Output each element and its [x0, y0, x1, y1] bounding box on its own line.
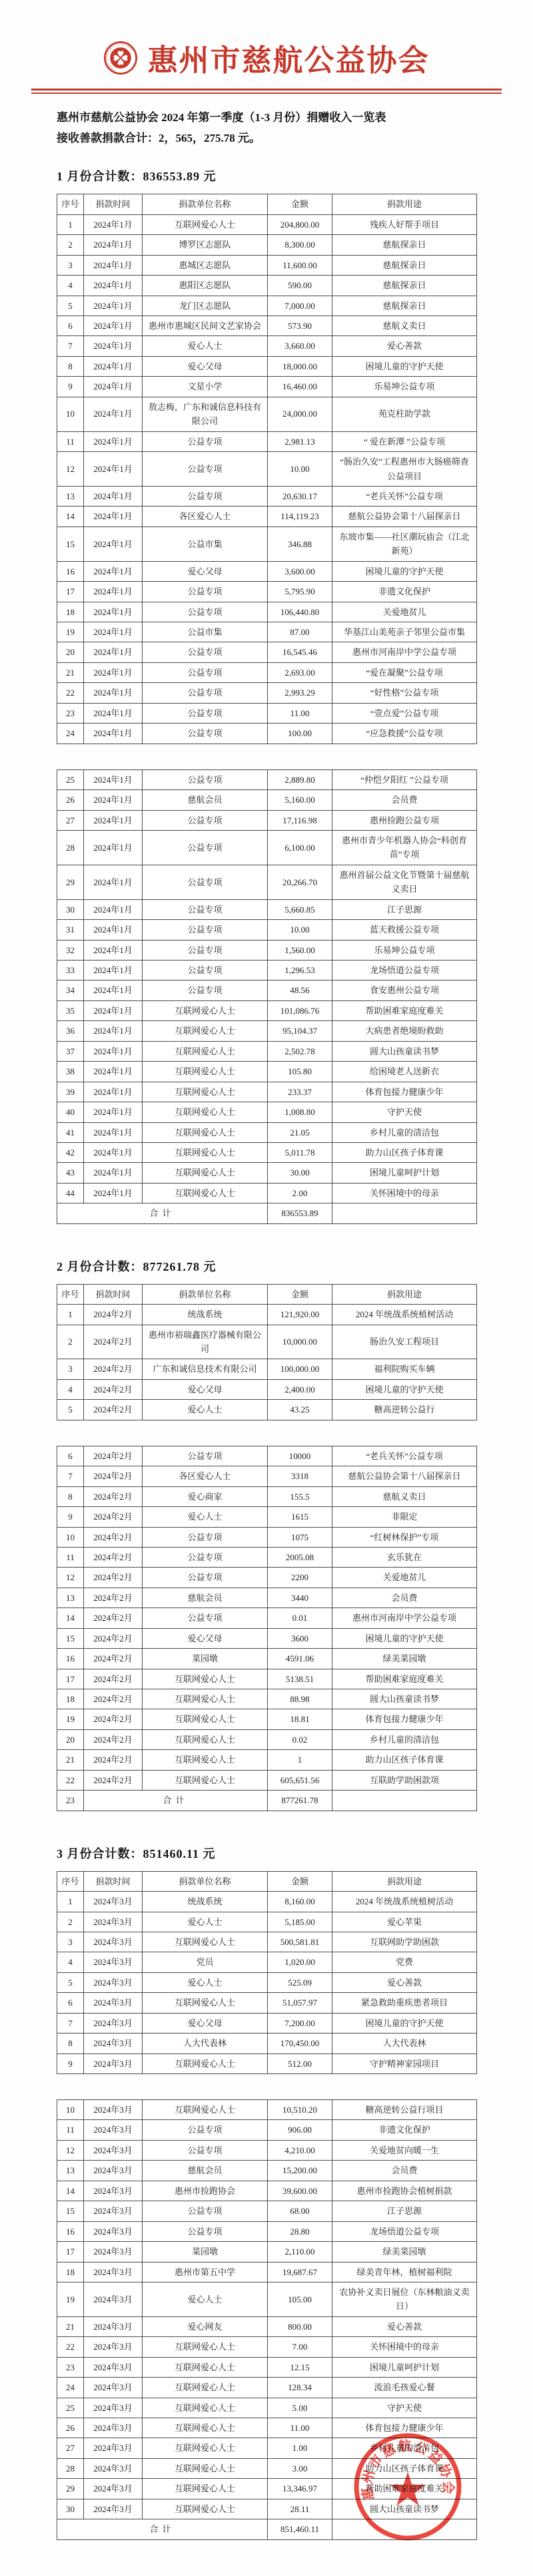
- cell-date: 2024年1月: [84, 486, 143, 506]
- cell-donor: 互联网爱心人士: [143, 1102, 268, 1122]
- cell-amount: 48.56: [268, 980, 332, 1000]
- cell-purpose: 食安惠州公益专项: [332, 980, 477, 1000]
- cell-donor: 爱心人士: [143, 336, 268, 356]
- cell-serial: 10: [57, 1527, 84, 1547]
- cell-serial: 4: [57, 276, 84, 296]
- cell-serial: 30: [57, 899, 84, 919]
- cell-date: 2024年3月: [84, 2161, 143, 2181]
- cell-purpose: 党费: [332, 1952, 477, 1972]
- table-row: 122024年2月公益专项2200关爱地贫儿: [57, 1568, 477, 1588]
- cell-date: 2024年1月: [84, 276, 143, 296]
- cell-serial: 25: [57, 2398, 84, 2418]
- association-logo-icon: CIHANG CHARITABLE ASSOCIATION 慈航公益: [103, 41, 138, 75]
- cell-amount: 5,795.90: [268, 582, 332, 602]
- cell-serial: 17: [57, 1669, 84, 1689]
- document-subtitle: 接收善款捐款合计：2，565，275.78 元。: [57, 129, 476, 147]
- table-row: 192024年2月互联网爱心人士18.81体育包接力健康少年: [57, 1709, 477, 1729]
- cell-date: 2024年1月: [84, 1062, 143, 1082]
- cell-amount: 24,000.00: [268, 397, 332, 431]
- cell-amount: 19,687.67: [268, 2262, 332, 2282]
- table-row: 282024年1月公益专项6,100.00惠州市青少年机器人协会“科创育苗”专项: [57, 830, 477, 865]
- cell-date: 2024年1月: [84, 683, 143, 703]
- cell-donor: 惠州市捡跑协会: [143, 2181, 268, 2201]
- cell-donor: 互联网爱心人士: [143, 2458, 268, 2478]
- cell-donor: 公益专项: [143, 940, 268, 960]
- table-row: 322024年1月公益专项1,560.00乐易坤公益专项: [57, 940, 477, 960]
- cell-purpose: 慈航探亲日: [332, 276, 477, 296]
- cell-serial: 3: [57, 1359, 84, 1379]
- cell-donor: 公益专项: [143, 2140, 268, 2160]
- table-row: 392024年1月互联网爱心人士233.37体育包接力健康少年: [57, 1082, 477, 1102]
- table-row: 222024年1月公益专项2,993.29“好性格”公益专项: [57, 683, 477, 703]
- cell-purpose: 苑克柱助学款: [332, 397, 477, 431]
- cell-serial: 6: [57, 316, 84, 336]
- cell-donor: 公益市集: [143, 527, 268, 561]
- cell-date: 2024年2月: [84, 1770, 143, 1790]
- cell-date: 2024年2月: [84, 1568, 143, 1588]
- cell-date: 2024年3月: [84, 2181, 143, 2201]
- cell-donor: 广东和诚信息技术有限公司: [143, 1359, 268, 1379]
- table-row: 162024年2月菜园墩4591.06绿美菜园墩: [57, 1649, 477, 1669]
- table-row: 122024年1月公益专项10.00“肠治久安”工程惠州市大肠癌筛查公益项目: [57, 452, 477, 487]
- month-heading-march: 3 月份合计数：851460.11 元: [57, 1844, 533, 1862]
- cell-purpose: 困境儿童的守护天使: [332, 1379, 477, 1399]
- cell-serial: 3: [57, 1932, 84, 1952]
- cell-donor: 互联网爱心人士: [143, 1082, 268, 1102]
- double-red-rule: [31, 89, 502, 94]
- cell-donor: 爱心人士: [143, 1972, 268, 1992]
- cell-serial: 14: [57, 2181, 84, 2201]
- cell-date: 2024年1月: [84, 296, 143, 316]
- table-row: 92024年1月文星小学16,460.00乐易坤公益专项: [57, 377, 477, 397]
- cell-amount: 346.88: [268, 527, 332, 561]
- cell-purpose: 圆大山孩童读书梦: [332, 1689, 477, 1709]
- total-row: 合计851,460.11: [57, 2519, 477, 2539]
- cell-amount: 3318: [268, 1466, 332, 1486]
- cell-donor: 互联网爱心人士: [143, 2337, 268, 2357]
- cell-amount: 100.00: [268, 724, 332, 744]
- cell-purpose: 惠州市捡跑协会植树捐款: [332, 2181, 477, 2201]
- cell-donor: 菜园墩: [143, 2242, 268, 2262]
- cell-donor: 互联网爱心人士: [143, 2479, 268, 2499]
- table-row: 192024年1月公益市集87.00华基江山美苑亲子邻里公益市集: [57, 622, 477, 642]
- table-row: 12024年2月统战系统121,920.002024 年统战系统植树活动: [57, 1305, 477, 1325]
- table-row: 172024年1月公益专项5,795.90非遗文化保护: [57, 582, 477, 602]
- cell-amount: 1: [268, 1750, 332, 1770]
- cell-serial: 7: [57, 1466, 84, 1486]
- cell-serial: 23: [57, 2357, 84, 2377]
- table-row: 182024年1月公益专项106,440.80关爱地贫儿: [57, 602, 477, 622]
- cell-purpose: 江子思源: [332, 899, 477, 919]
- cell-serial: 33: [57, 961, 84, 980]
- cell-amount: 88.98: [268, 1689, 332, 1709]
- cell-date: 2024年2月: [84, 1446, 143, 1466]
- total-amount: 851,460.11: [268, 2519, 332, 2539]
- cell-date: 2024年1月: [84, 810, 143, 830]
- cell-serial: 1: [57, 1305, 84, 1325]
- table-row: 32024年2月广东和诚信息技术有限公司100,000.00福利院购买车辆: [57, 1359, 477, 1379]
- table-row: 222024年2月互联网爱心人士605,651.56互联助学助困款项: [57, 1770, 477, 1790]
- cell-amount: 2,400.00: [268, 1379, 332, 1399]
- table-row: 22024年3月爱心人士5,185.00爱心苹果: [57, 1912, 477, 1932]
- cell-donor: 公益专项: [143, 920, 268, 940]
- table-row: 92024年3月互联网爱心人士512.00守护精神家园项目: [57, 2053, 477, 2073]
- cell-purpose: 惠州市河南岸中学公益专项: [332, 642, 477, 662]
- total-label: 合计: [84, 1791, 268, 1811]
- cell-date: 2024年1月: [84, 336, 143, 356]
- cell-amount: 106,440.80: [268, 602, 332, 622]
- cell-date: 2024年3月: [84, 2438, 143, 2458]
- cell-serial: 37: [57, 1041, 84, 1061]
- table-row: 422024年1月互联网爱心人士5,011.78助力山区孩子体育课: [57, 1142, 477, 1162]
- cell-purpose: 助力山区孩子体育课: [332, 2458, 477, 2478]
- cell-serial: 42: [57, 1142, 84, 1162]
- cell-purpose: 困境儿童的守护天使: [332, 561, 477, 581]
- cell-donor: 公益专项: [143, 810, 268, 830]
- cell-purpose: 爱心善款: [332, 336, 477, 356]
- cell-amount: 39,600.00: [268, 2181, 332, 2201]
- cell-amount: 2,981.13: [268, 431, 332, 451]
- cell-date: 2024年3月: [84, 1993, 143, 2013]
- cell-purpose: 2024 年统战系统植树活动: [332, 1305, 477, 1325]
- table-row: 272024年3月互联网爱心人士1.00乡村儿童的清洁包: [57, 2438, 477, 2458]
- cell-serial: 29: [57, 2479, 84, 2499]
- cell-donor: 爱心人士: [143, 1507, 268, 1527]
- cell-amount: 7,000.00: [268, 296, 332, 316]
- cell-donor: 互联网爱心人士: [143, 1669, 268, 1689]
- cell-purpose: 糖高逆转公益行项目: [332, 2100, 477, 2120]
- cell-amount: 3,660.00: [268, 336, 332, 356]
- cell-serial: 26: [57, 2418, 84, 2438]
- cell-purpose: 困境儿童的守护天使: [332, 2013, 477, 2033]
- table-row: 292024年1月公益专项20,266.70惠州首届公益文化节暨第十届慈航义卖日: [57, 865, 477, 899]
- donation-table-january-part1: 序号捐款时间捐款单位名称金额捐款用途12024年1月互联网爱心人士204,800…: [57, 194, 477, 744]
- cell-donor: 爱心人士: [143, 2282, 268, 2316]
- cell-date: 2024年1月: [84, 961, 143, 980]
- column-header: 捐款用途: [332, 194, 477, 214]
- cell-purpose: 圆大山孩童读书梦: [332, 1041, 477, 1061]
- cell-amount: 525.09: [268, 1972, 332, 1992]
- table-row: 302024年3月互联网爱心人士28.11圆大山孩童读书梦: [57, 2499, 477, 2519]
- cell-purpose: 绿美菜园墩: [332, 2242, 477, 2262]
- cell-amount: 4591.06: [268, 1649, 332, 1669]
- cell-amount: 6,100.00: [268, 830, 332, 865]
- cell-amount: 43.25: [268, 1400, 332, 1420]
- month-section-march: 3 月份合计数：851460.11 元序号捐款时间捐款单位名称金额捐款用途120…: [0, 1844, 533, 2540]
- cell-date: 2024年3月: [84, 2316, 143, 2336]
- cell-date: 2024年3月: [84, 2458, 143, 2478]
- table-header-row: 序号捐款时间捐款单位名称金额捐款用途: [57, 194, 477, 214]
- cell-purpose: 体育包接力健康少年: [332, 1709, 477, 1729]
- cell-serial: 11: [57, 431, 84, 451]
- cell-amount: 16,460.00: [268, 377, 332, 397]
- cell-donor: 互联网爱心人士: [143, 2053, 268, 2073]
- cell-purpose: 乡村儿童的清洁包: [332, 1122, 477, 1142]
- table-row: 172024年2月互联网爱心人士5138.51帮助困难家庭度难关: [57, 1669, 477, 1689]
- cell-purpose: 慈航探亲日: [332, 255, 477, 275]
- table-row: 72024年3月爱心父母7,200.00困境儿童的守护天使: [57, 2013, 477, 2033]
- donation-table-march-part1: 序号捐款时间捐款单位名称金额捐款用途12024年3月统战系统8,160.0020…: [57, 1871, 477, 2074]
- cell-amount: 68.00: [268, 2201, 332, 2221]
- cell-donor: 互联网爱心人士: [143, 1163, 268, 1183]
- cell-date: 2024年1月: [84, 582, 143, 602]
- cell-amount: 10.00: [268, 920, 332, 940]
- table-row: 202024年1月公益专项16,545.46惠州市河南岸中学公益专项: [57, 642, 477, 662]
- cell-amount: 5,011.78: [268, 1142, 332, 1162]
- cell-purpose: [332, 1791, 477, 1811]
- cell-purpose: 糖高逆转公益行: [332, 1400, 477, 1420]
- cell-serial: 22: [57, 1770, 84, 1790]
- cell-serial: 22: [57, 683, 84, 703]
- table-row: 232024年3月互联网爱心人士12.15困境儿童呵护计划: [57, 2357, 477, 2377]
- table-row: 142024年3月惠州市捡跑协会39,600.00惠州市捡跑协会植树捐款: [57, 2181, 477, 2201]
- cell-purpose: 困境儿童呵护计划: [332, 1163, 477, 1183]
- column-header: 捐款时间: [84, 1871, 143, 1891]
- month-heading-january: 1 月份合计数：836553.89 元: [57, 167, 533, 184]
- cell-donor: 爱心父母: [143, 1379, 268, 1399]
- cell-donor: 爱心父母: [143, 2013, 268, 2033]
- cell-amount: 105.80: [268, 1062, 332, 1082]
- cell-serial: 27: [57, 2438, 84, 2458]
- table-row: 152024年2月爱心父母3600困境儿童的守护天使: [57, 1628, 477, 1648]
- cell-date: 2024年2月: [84, 1689, 143, 1709]
- cell-amount: 5,660.85: [268, 899, 332, 919]
- cell-amount: 573.90: [268, 316, 332, 336]
- cell-donor: 互联网爱心人士: [143, 1993, 268, 2013]
- cell-amount: 17,116.98: [268, 810, 332, 830]
- table-row: 12024年3月统战系统8,160.002024 年统战系统植树活动: [57, 1892, 477, 1912]
- cell-purpose: 会员费: [332, 2161, 477, 2181]
- cell-purpose: 慈航探亲日: [332, 296, 477, 316]
- cell-purpose: “应急救援”公益专项: [332, 724, 477, 744]
- cell-serial: 16: [57, 1649, 84, 1669]
- table-row: 122024年3月公益专项4,210.00关爱地贫向暖一生: [57, 2140, 477, 2160]
- cell-date: 2024年1月: [84, 397, 143, 431]
- cell-amount: 4,210.00: [268, 2140, 332, 2160]
- cell-donor: 各区爱心人士: [143, 1466, 268, 1486]
- cell-amount: 28.11: [268, 2499, 332, 2519]
- cell-amount: 3440: [268, 1588, 332, 1608]
- table-row: 412024年1月互联网爱心人士21.05乡村儿童的清洁包: [57, 1122, 477, 1142]
- cell-purpose: 帮助困难家庭度难关: [332, 1669, 477, 1689]
- cell-donor: 互联网爱心人士: [143, 1122, 268, 1142]
- cell-donor: 公益专项: [143, 452, 268, 487]
- brand-header: CIHANG CHARITABLE ASSOCIATION 慈航公益 惠州市慈航…: [0, 36, 533, 79]
- cell-date: 2024年1月: [84, 703, 143, 723]
- cell-serial: 13: [57, 1588, 84, 1608]
- column-header: 金额: [268, 1871, 332, 1891]
- table-row: 262024年1月慈航会员5,160.00会员费: [57, 790, 477, 810]
- cell-purpose: 乡村儿童的清洁包: [332, 1729, 477, 1749]
- cell-amount: 15,200.00: [268, 2161, 332, 2181]
- cell-date: 2024年1月: [84, 235, 143, 255]
- cell-serial: 32: [57, 940, 84, 960]
- cell-serial: 24: [57, 2378, 84, 2398]
- cell-serial: 15: [57, 1628, 84, 1648]
- table-header-row: 序号捐款时间捐款单位名称金额捐款用途: [57, 1284, 477, 1304]
- cell-date: 2024年3月: [84, 2034, 143, 2053]
- cell-amount: 512.00: [268, 2053, 332, 2073]
- cell-purpose: 守护天使: [332, 1102, 477, 1122]
- cell-purpose: 爱心苹果: [332, 1912, 477, 1932]
- cell-date: 2024年3月: [84, 2337, 143, 2357]
- cell-purpose: “壹点爱”公益专项: [332, 703, 477, 723]
- total-label: 合计: [57, 2519, 268, 2539]
- cell-amount: 12.15: [268, 2357, 332, 2377]
- cell-date: 2024年1月: [84, 1102, 143, 1122]
- cell-purpose: 龙场悟道公益专项: [332, 2221, 477, 2241]
- table-row: 72024年1月爱心人士3,660.00爱心善款: [57, 336, 477, 356]
- table-row: 282024年3月互联网爱心人士3.00助力山区孩子体育课: [57, 2458, 477, 2478]
- cell-date: 2024年1月: [84, 214, 143, 234]
- cell-serial: 11: [57, 1547, 84, 1567]
- table-row: 102024年3月互联网爱心人士10,510.20糖高逆转公益行项目: [57, 2100, 477, 2120]
- table-row: 132024年1月公益专项20,630.17“老兵关怀”公益专项: [57, 486, 477, 506]
- table-header-row: 序号捐款时间捐款单位名称金额捐款用途: [57, 1871, 477, 1891]
- cell-purpose: 惠州捡跑公益专项: [332, 810, 477, 830]
- cell-date: 2024年1月: [84, 431, 143, 451]
- cell-date: 2024年3月: [84, 1932, 143, 1952]
- cell-purpose: 圆大山孩童读书梦: [332, 2499, 477, 2519]
- cell-serial: 21: [57, 1750, 84, 1770]
- column-header: 金额: [268, 1284, 332, 1304]
- cell-purpose: [332, 2519, 477, 2539]
- cell-serial: 27: [57, 810, 84, 830]
- cell-purpose: 绿美菜园墩: [332, 1649, 477, 1669]
- cell-date: 2024年1月: [84, 1082, 143, 1102]
- cell-date: 2024年2月: [84, 1305, 143, 1325]
- table-row: 82024年2月爱心商家155.5慈航义卖日: [57, 1486, 477, 1506]
- cell-serial: 21: [57, 2316, 84, 2336]
- table-row: 212024年3月爱心网友800.00爱心善款: [57, 2316, 477, 2336]
- cell-serial: 9: [57, 1507, 84, 1527]
- table-row: 82024年3月人大代表林170,450.00人大代表林: [57, 2034, 477, 2053]
- table-row: 132024年3月慈航会员15,200.00会员费: [57, 2161, 477, 2181]
- cell-donor: 惠州市第五中学: [143, 2262, 268, 2282]
- cell-donor: 互联网爱心人士: [143, 214, 268, 234]
- cell-serial: 26: [57, 790, 84, 810]
- cell-amount: 11,600.00: [268, 255, 332, 275]
- cell-donor: 互联网爱心人士: [143, 1062, 268, 1082]
- cell-serial: 41: [57, 1122, 84, 1142]
- cell-amount: 170,450.00: [268, 2034, 332, 2053]
- cell-donor: 互联网爱心人士: [143, 1709, 268, 1729]
- cell-donor: 公益专项: [143, 961, 268, 980]
- cell-donor: 互联网爱心人士: [143, 1729, 268, 1749]
- donation-table-february-part1: 序号捐款时间捐款单位名称金额捐款用途12024年2月统战系统121,920.00…: [57, 1284, 477, 1420]
- cell-date: 2024年3月: [84, 1912, 143, 1932]
- table-row: 362024年1月互联网爱心人士95,104.37大病患者绝境盼救助: [57, 1021, 477, 1041]
- cell-serial: 34: [57, 980, 84, 1000]
- cell-donor: 菜园墩: [143, 1649, 268, 1669]
- cell-date: 2024年2月: [84, 1486, 143, 1506]
- cell-date: 2024年1月: [84, 1142, 143, 1162]
- cell-date: 2024年2月: [84, 1649, 143, 1669]
- cell-amount: 13,346.97: [268, 2479, 332, 2499]
- cell-purpose: 会员费: [332, 1588, 477, 1608]
- cell-donor: 互联网爱心人士: [143, 1689, 268, 1709]
- cell-purpose: 爱心善款: [332, 1972, 477, 1992]
- cell-date: 2024年1月: [84, 830, 143, 865]
- cell-donor: 公益专项: [143, 642, 268, 662]
- cell-purpose: 守护天使: [332, 2398, 477, 2418]
- cell-donor: 惠城区志愿队: [143, 255, 268, 275]
- donation-table-january-part2: 252024年1月公益专项2,889.80“仲恺夕阳红 ”公益专项262024年…: [57, 769, 477, 1224]
- cell-serial: 23: [57, 703, 84, 723]
- cell-date: 2024年1月: [84, 790, 143, 810]
- cell-date: 2024年3月: [84, 2378, 143, 2398]
- cell-purpose: 残疾人好帮手项目: [332, 214, 477, 234]
- cell-purpose: 紧急救助重疾患者项目: [332, 1993, 477, 2013]
- table-row: 232024年1月公益专项11.00“壹点爱”公益专项: [57, 703, 477, 723]
- cell-purpose: 关怀困境中的母亲: [332, 1183, 477, 1203]
- cell-date: 2024年2月: [84, 1628, 143, 1648]
- document-page: CIHANG CHARITABLE ASSOCIATION 慈航公益 惠州市慈航…: [0, 0, 533, 2576]
- cell-amount: 800.00: [268, 2316, 332, 2336]
- cell-date: 2024年3月: [84, 1972, 143, 1992]
- cell-serial: 1: [57, 214, 84, 234]
- cell-amount: 18.81: [268, 1709, 332, 1729]
- table-row: 112024年3月公益专项906.00非遗文化保护: [57, 2120, 477, 2140]
- cell-date: 2024年1月: [84, 602, 143, 622]
- cell-date: 2024年3月: [84, 2120, 143, 2140]
- cell-serial: 6: [57, 1993, 84, 2013]
- cell-date: 2024年2月: [84, 1400, 143, 1420]
- table-row: 72024年2月各区爱心人士3318慈航公益协会第十八届探亲日: [57, 1466, 477, 1486]
- cell-amount: 11.00: [268, 2418, 332, 2438]
- cell-amount: 2005.08: [268, 1547, 332, 1567]
- cell-serial: 18: [57, 1689, 84, 1709]
- table-row: 432024年1月互联网爱心人士30.00困境儿童呵护计划: [57, 1163, 477, 1183]
- total-amount: 877261.78: [268, 1791, 332, 1811]
- cell-serial: 6: [57, 1446, 84, 1466]
- cell-date: 2024年3月: [84, 2262, 143, 2282]
- cell-serial: 35: [57, 1000, 84, 1020]
- cell-amount: 3,600.00: [268, 561, 332, 581]
- cell-serial: 19: [57, 1709, 84, 1729]
- cell-amount: 20,266.70: [268, 865, 332, 899]
- cell-purpose: 助力山区孩子体育课: [332, 1750, 477, 1770]
- cell-purpose: 蓝天救援公益专项: [332, 920, 477, 940]
- cell-purpose: 乐易坤公益专项: [332, 940, 477, 960]
- cell-serial: 28: [57, 2458, 84, 2478]
- cell-purpose: 慈航义卖日: [332, 316, 477, 336]
- cell-donor: 互联网爱心人士: [143, 1142, 268, 1162]
- cell-donor: 公益专项: [143, 2201, 268, 2221]
- table-row: 22024年2月惠州市裕瑞鑫医疗器械有限公司10,000.00肠治久安工程项目: [57, 1325, 477, 1359]
- cell-serial: 8: [57, 2034, 84, 2053]
- cell-date: 2024年1月: [84, 769, 143, 789]
- cell-amount: 204,800.00: [268, 214, 332, 234]
- cell-purpose: 流浪毛孩爱心餐: [332, 2378, 477, 2398]
- cell-amount: 1,008.80: [268, 1102, 332, 1122]
- table-row: 332024年1月公益专项1,296.53龙场悟道公益专项: [57, 961, 477, 980]
- cell-amount: 590.00: [268, 276, 332, 296]
- column-header: 序号: [57, 1284, 84, 1304]
- cell-donor: 惠州市惠城区民间文艺家协会: [143, 316, 268, 336]
- cell-purpose: 农协补义卖日展位（东林粮油义卖日）: [332, 2282, 477, 2316]
- cell-serial: 1: [57, 1892, 84, 1912]
- total-row: 23合计877261.78: [57, 1791, 477, 1811]
- cell-purpose: 困境儿童的守护天使: [332, 1628, 477, 1648]
- cell-amount: 87.00: [268, 622, 332, 642]
- cell-date: 2024年2月: [84, 1527, 143, 1547]
- cell-date: 2024年1月: [84, 1000, 143, 1020]
- table-row: 272024年1月公益专项17,116.98惠州捡跑公益专项: [57, 810, 477, 830]
- table-row: 152024年3月公益专项68.00江子思源: [57, 2201, 477, 2221]
- cell-donor: 公益专项: [143, 1446, 268, 1466]
- cell-date: 2024年2月: [84, 1709, 143, 1729]
